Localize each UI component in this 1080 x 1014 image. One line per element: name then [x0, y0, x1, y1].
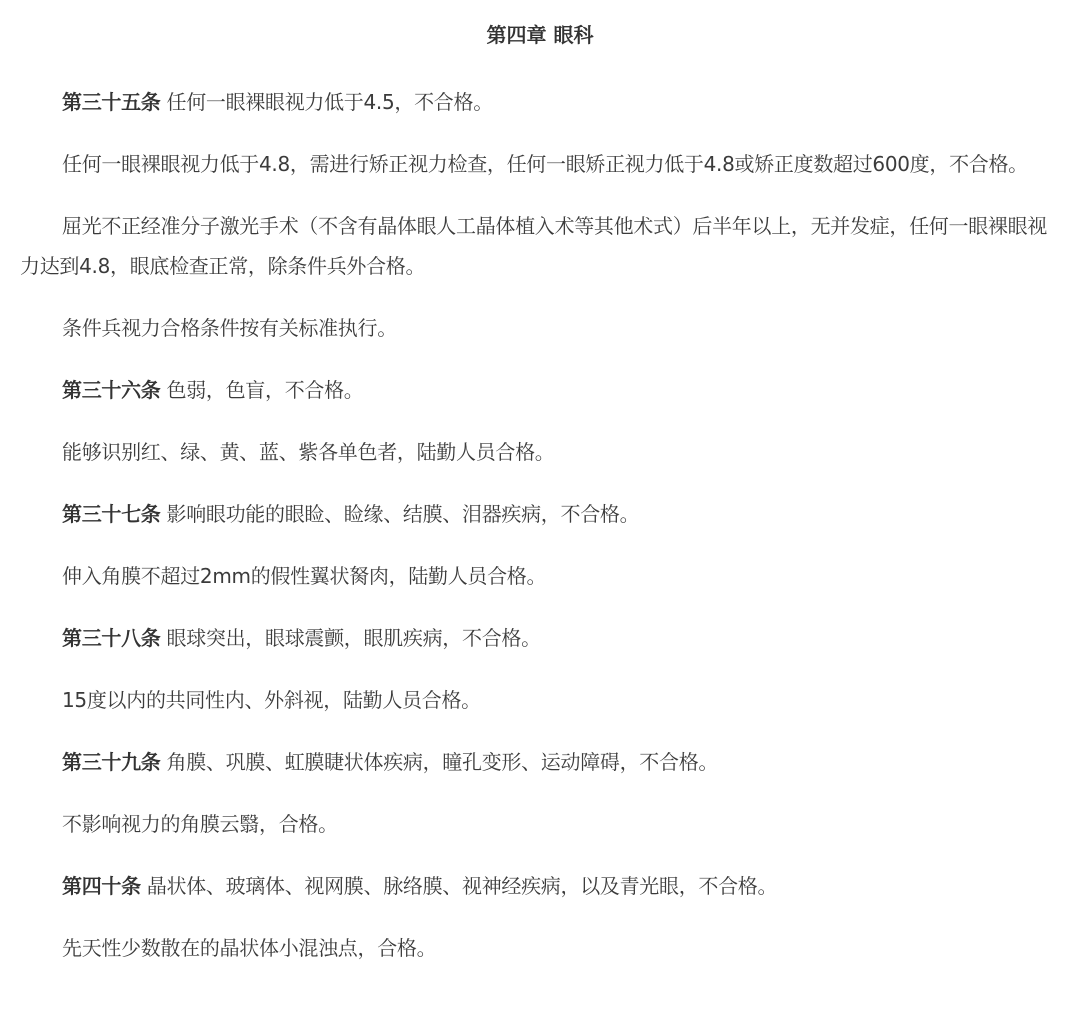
- article-number: 第三十八条: [62, 626, 161, 650]
- article-number: 第三十九条: [62, 750, 161, 774]
- paragraph-text: 角膜、巩膜、虹膜睫状体疾病，瞳孔变形、运动障碍，不合格。: [167, 750, 719, 774]
- paragraph-text: 眼球突出，眼球震颤，眼肌疾病，不合格。: [167, 626, 541, 650]
- paragraph-text: 晶状体、玻璃体、视网膜、脉络膜、视神经疾病，以及青光眼，不合格。: [147, 874, 777, 898]
- chapter-title: 第四章 眼科: [20, 0, 1060, 49]
- paragraph: 任何一眼裸眼视力低于4.8，需进行矫正视力检查，任何一眼矫正视力低于4.8或矫正…: [20, 144, 1060, 184]
- article-number: 第三十五条: [62, 90, 161, 114]
- paragraph-text: 不影响视力的角膜云翳，合格。: [62, 812, 338, 836]
- paragraph: 条件兵视力合格条件按有关标准执行。: [20, 308, 1060, 348]
- document-body: 第四章 眼科 第三十五条任何一眼裸眼视力低于4.5，不合格。 任何一眼裸眼视力低…: [0, 0, 1080, 968]
- paragraph: 先天性少数散在的晶状体小混浊点，合格。: [20, 928, 1060, 968]
- paragraph: 第三十八条眼球突出，眼球震颤，眼肌疾病，不合格。: [20, 618, 1060, 658]
- paragraph: 不影响视力的角膜云翳，合格。: [20, 804, 1060, 844]
- paragraph-text: 条件兵视力合格条件按有关标准执行。: [62, 316, 397, 340]
- paragraph: 第三十七条影响眼功能的眼睑、睑缘、结膜、泪器疾病，不合格。: [20, 494, 1060, 534]
- paragraph-text: 影响眼功能的眼睑、睑缘、结膜、泪器疾病，不合格。: [167, 502, 640, 526]
- paragraph: 第三十六条色弱，色盲，不合格。: [20, 370, 1060, 410]
- paragraph: 屈光不正经准分子激光手术（不含有晶体眼人工晶体植入术等其他术式）后半年以上，无并…: [20, 206, 1060, 286]
- article-number: 第三十七条: [62, 502, 161, 526]
- paragraph-text: 能够识别红、绿、黄、蓝、紫各单色者，陆勤人员合格。: [62, 440, 555, 464]
- paragraph-text: 15度以内的共同性内、外斜视，陆勤人员合格。: [62, 688, 481, 712]
- paragraph-text: 任何一眼裸眼视力低于4.8，需进行矫正视力检查，任何一眼矫正视力低于4.8或矫正…: [62, 152, 1028, 176]
- paragraph-text: 任何一眼裸眼视力低于4.5，不合格。: [167, 90, 493, 114]
- paragraph: 15度以内的共同性内、外斜视，陆勤人员合格。: [20, 680, 1060, 720]
- paragraph: 第三十五条任何一眼裸眼视力低于4.5，不合格。: [20, 82, 1060, 122]
- paragraph: 第三十九条角膜、巩膜、虹膜睫状体疾病，瞳孔变形、运动障碍，不合格。: [20, 742, 1060, 782]
- paragraph-text: 色弱，色盲，不合格。: [167, 378, 364, 402]
- paragraph: 第四十条晶状体、玻璃体、视网膜、脉络膜、视神经疾病，以及青光眼，不合格。: [20, 866, 1060, 906]
- paragraph-text: 屈光不正经准分子激光手术（不含有晶体眼人工晶体植入术等其他术式）后半年以上，无并…: [20, 214, 1047, 278]
- paragraph: 能够识别红、绿、黄、蓝、紫各单色者，陆勤人员合格。: [20, 432, 1060, 472]
- paragraph-text: 先天性少数散在的晶状体小混浊点，合格。: [62, 936, 436, 960]
- paragraph-text: 伸入角膜不超过2mm的假性翼状胬肉，陆勤人员合格。: [62, 564, 546, 588]
- article-number: 第三十六条: [62, 378, 161, 402]
- article-number: 第四十条: [62, 874, 141, 898]
- paragraph: 伸入角膜不超过2mm的假性翼状胬肉，陆勤人员合格。: [20, 556, 1060, 596]
